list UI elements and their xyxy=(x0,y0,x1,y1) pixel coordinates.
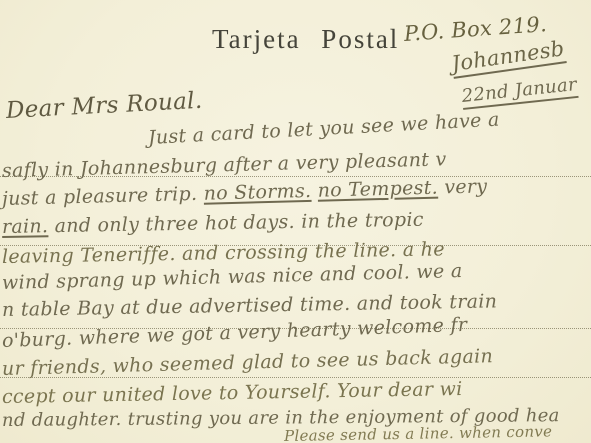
underlined-no-tempest: no Tempest. xyxy=(317,177,438,202)
body-line-3: just a pleasure trip. no Storms. no Temp… xyxy=(2,175,488,210)
city-johannesburg: Johannesb xyxy=(450,36,566,79)
body-line-4: rain. and only three hot days. in the tr… xyxy=(2,209,424,238)
postcard-printed-title: Tarjeta Postal xyxy=(212,24,399,55)
body-line-9: ur friends, who seemed glad to see us ba… xyxy=(2,345,494,380)
body-line-1: Just a card to let you see we have a xyxy=(147,109,500,149)
body-line-3-text: just a pleasure trip. xyxy=(2,183,204,210)
postcard: Tarjeta Postal P.O. Box 219. Johannesb 2… xyxy=(0,0,591,443)
salutation: Dear Mrs Roual. xyxy=(5,88,203,124)
body-line-postscript: Please send us a line. when conve xyxy=(284,422,553,443)
body-line-4-text: and only three hot days. in the tropic xyxy=(48,209,424,238)
underlined-rain: rain. xyxy=(2,215,49,238)
date-line: 22nd Januar xyxy=(461,74,578,110)
underlined-no-storms: no Storms. xyxy=(203,180,311,205)
body-line-3-end: very xyxy=(438,175,488,198)
body-line-10: ccept our united love to Yourself. Your … xyxy=(2,378,463,408)
